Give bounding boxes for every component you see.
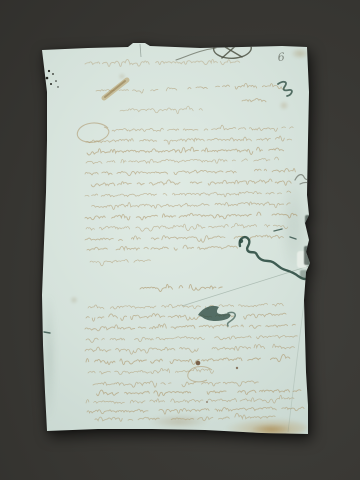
paper-shadow-wrap: 6 bbox=[0, 0, 360, 480]
handwriting-line bbox=[92, 202, 296, 210]
handwriting-line bbox=[91, 179, 291, 187]
handwriting-line bbox=[86, 136, 292, 144]
handwriting-line bbox=[88, 368, 214, 374]
handwriting-line bbox=[188, 83, 285, 89]
ink-dashes bbox=[44, 229, 296, 333]
handwriting-line bbox=[140, 284, 222, 291]
handwriting-line bbox=[86, 354, 290, 364]
handwriting-line bbox=[86, 313, 293, 321]
handwriting-line bbox=[87, 147, 289, 155]
handwriting-line bbox=[95, 413, 286, 421]
handwriting-line bbox=[87, 245, 237, 250]
handwriting-line bbox=[112, 125, 293, 131]
handwriting-line bbox=[242, 98, 266, 101]
ink-speckles bbox=[46, 70, 59, 88]
handwriting-line bbox=[85, 235, 283, 242]
ink-smudge bbox=[104, 80, 127, 98]
handwriting-line bbox=[85, 324, 295, 331]
handwriting-line bbox=[120, 106, 202, 114]
handwriting-line bbox=[86, 395, 294, 403]
ornate-initial-capital bbox=[77, 123, 109, 142]
handwriting-line bbox=[88, 303, 283, 309]
pencil-margin-scribble bbox=[295, 175, 312, 184]
ink-paraph-flourish bbox=[176, 40, 251, 60]
photo-backdrop: 6 bbox=[0, 0, 360, 480]
teal-ink-squiggle bbox=[239, 237, 305, 279]
handwriting-line bbox=[85, 191, 297, 197]
handwriting-line bbox=[87, 407, 304, 414]
handwriting-line bbox=[85, 59, 240, 66]
folio-number: 6 bbox=[277, 50, 285, 64]
handwriting-line bbox=[97, 390, 301, 397]
handwriting-line bbox=[86, 335, 297, 342]
handwriting-line bbox=[86, 157, 279, 164]
handwriting-line bbox=[85, 169, 295, 176]
handwriting-line bbox=[85, 212, 297, 220]
handwriting-layer: 6 bbox=[0, 0, 360, 480]
handwriting-line bbox=[90, 260, 151, 266]
handwriting-line bbox=[85, 344, 295, 354]
handwriting-line bbox=[86, 223, 288, 231]
teal-ink-blot bbox=[198, 306, 235, 326]
handwriting-line bbox=[93, 381, 258, 387]
manuscript-page: 6 bbox=[0, 0, 360, 480]
